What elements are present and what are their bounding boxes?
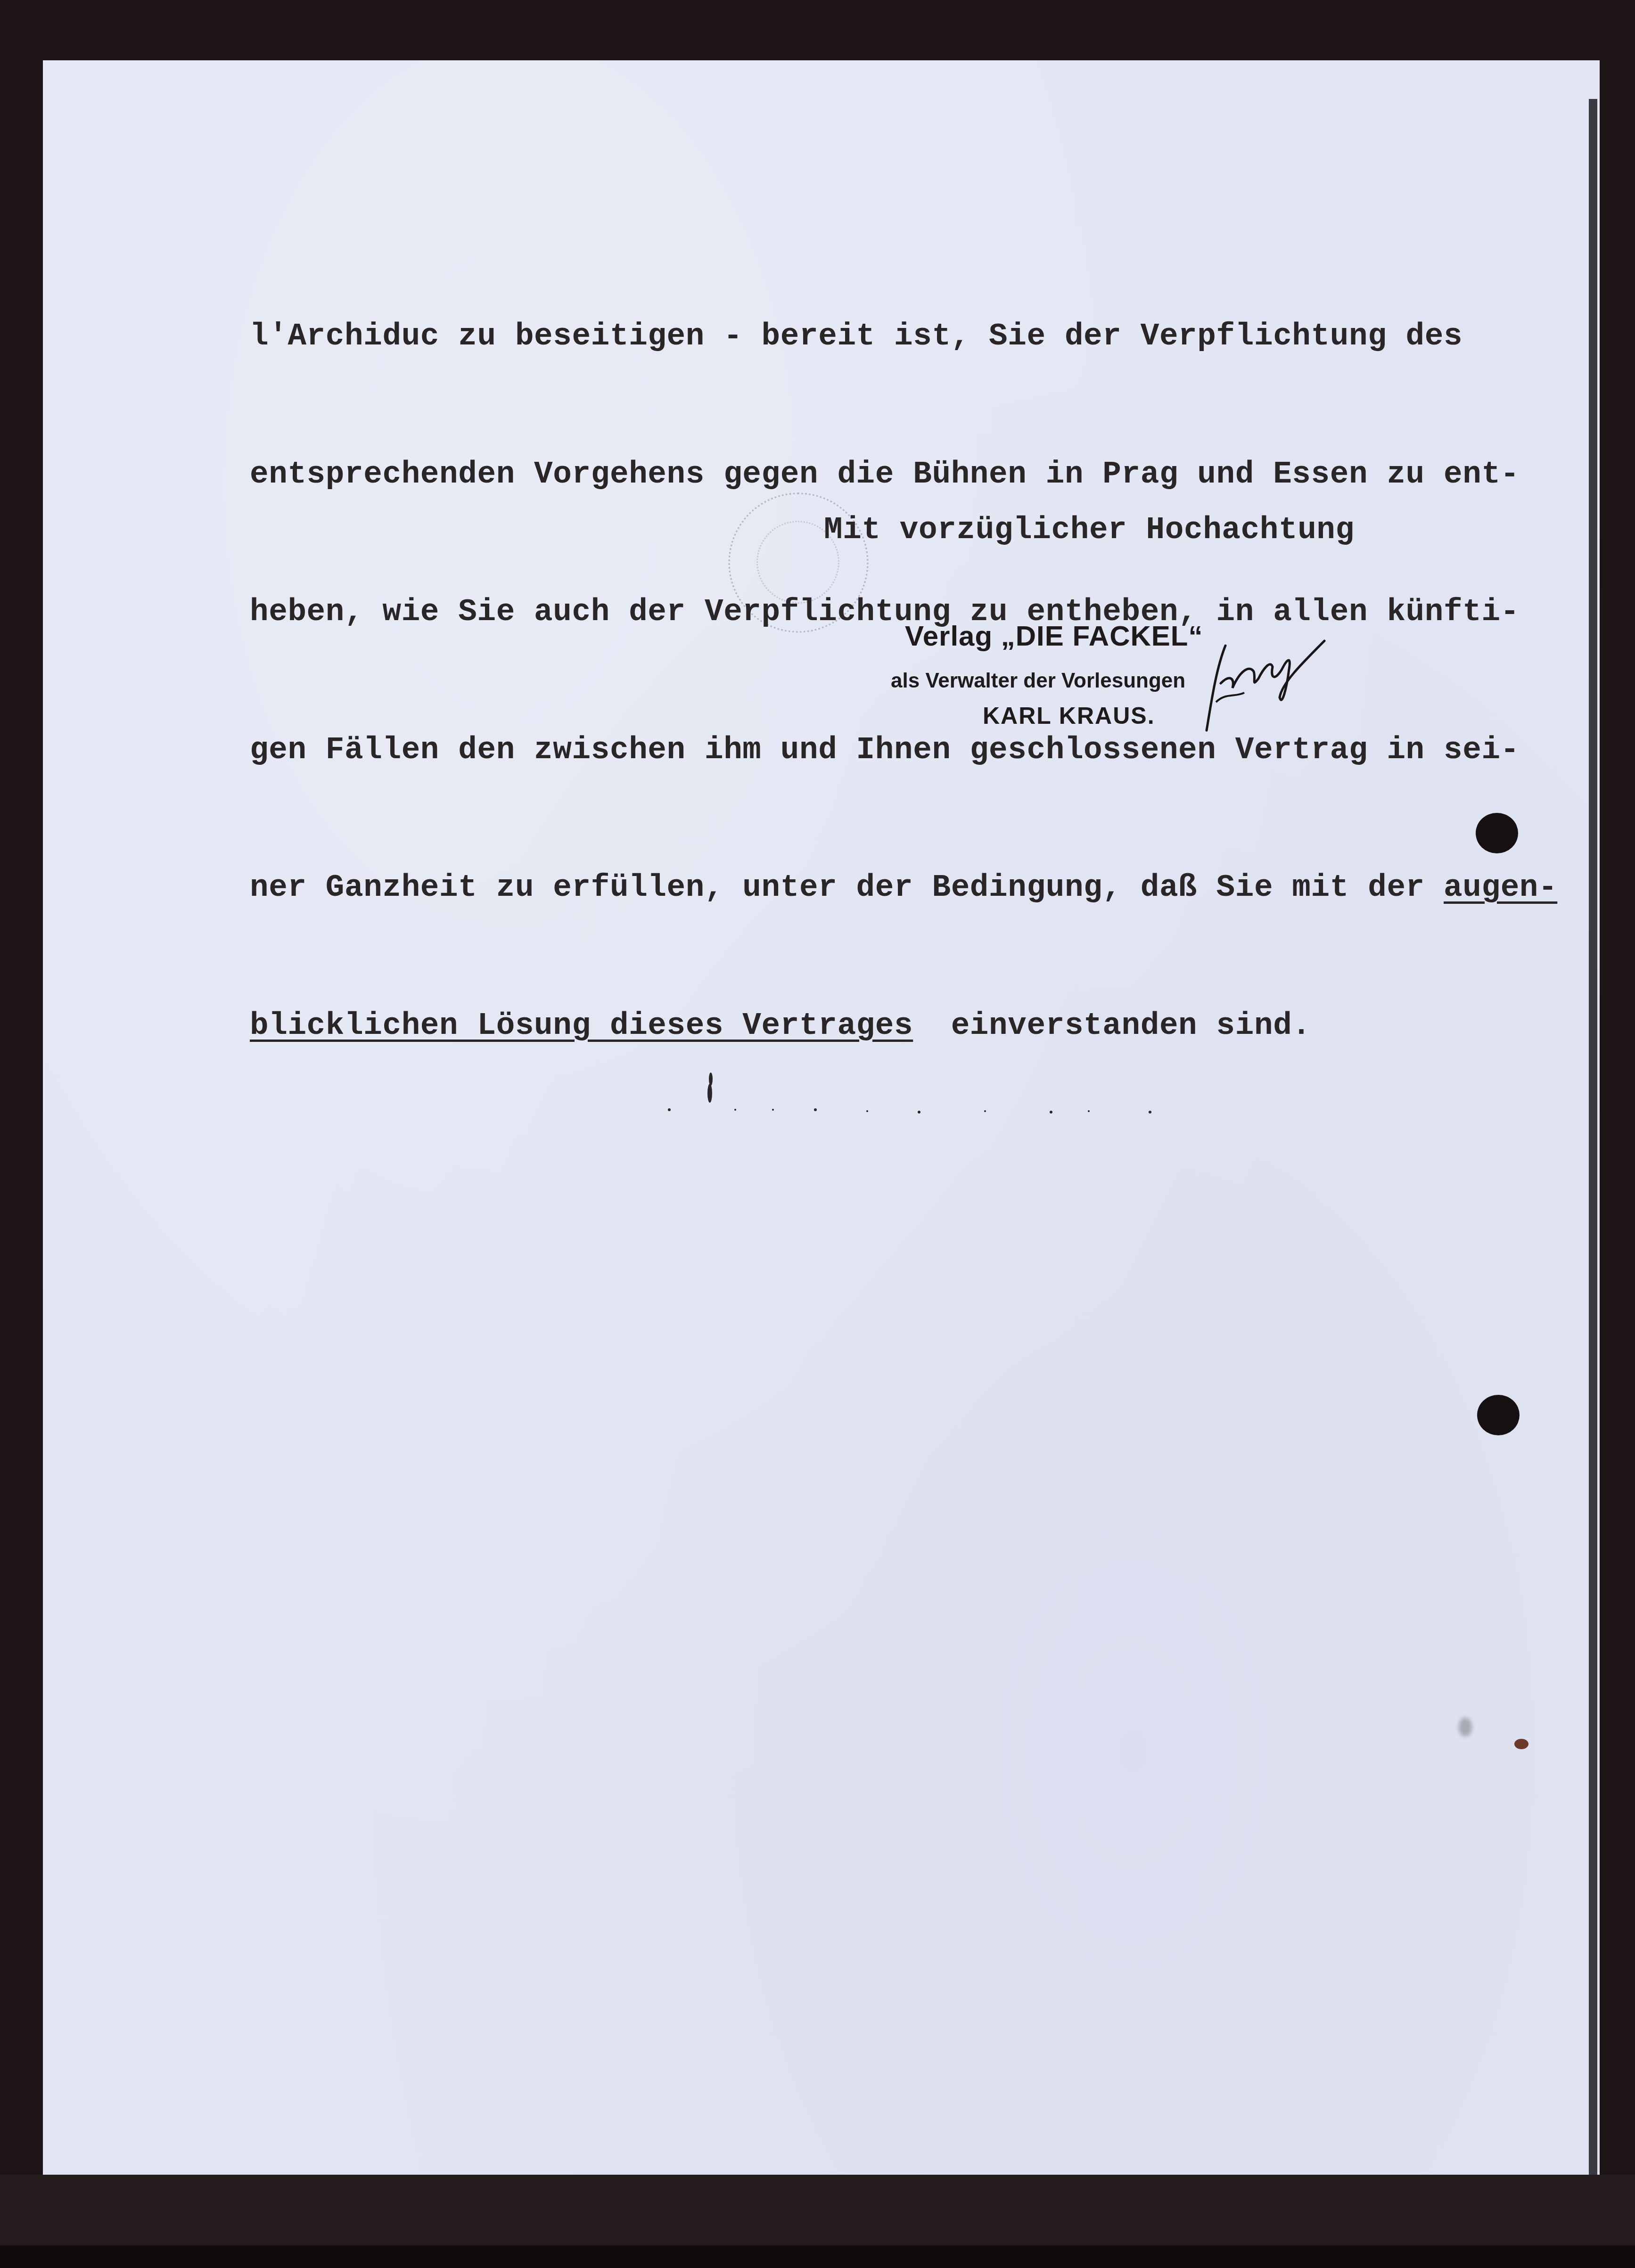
body-line: gen Fällen den zwischen ihm und Ihnen ge… [250,727,1557,773]
body-line: heben, wie Sie auch der Verpflichtung zu… [250,589,1557,635]
body-line: l'Archiduc zu beseitigen - bereit ist, S… [250,313,1557,360]
body-line: blicklichen Lösung dieses Vertrages einv… [250,1003,1557,1049]
stamp-line-name: KARL KRAUS. [983,702,1155,729]
body-text: ner Ganzheit zu erfüllen, unter der Bedi… [250,870,1444,905]
letter-body: l'Archiduc zu beseitigen - bereit ist, S… [250,221,1557,1095]
handwritten-signature [1188,627,1329,735]
punch-hole-bottom [1477,1395,1520,1435]
stamp-line-publisher: Verlag „DIE FACKEL“ [905,620,1203,652]
body-line: entsprechenden Vorgehens gegen die Bühne… [250,451,1557,498]
closing-salutation: Mit vorzüglicher Hochachtung [824,512,1355,548]
scanner-frame-edge [0,2245,1635,2268]
page-shadow [1589,99,1597,2175]
ink-specks [655,1065,1221,1122]
paper-stain [1514,1739,1528,1749]
stamp-line-role: als Verwalter der Vorlesungen [891,669,1185,693]
underlined-text: blicklichen Lösung dieses Vertrages [250,1008,913,1043]
paper-stain [1459,1718,1472,1736]
body-line: ner Ganzheit zu erfüllen, unter der Bedi… [250,865,1557,911]
punch-hole-top [1476,813,1518,853]
underlined-text: augen- [1444,870,1557,905]
body-text: einverstanden sind. [913,1008,1311,1043]
